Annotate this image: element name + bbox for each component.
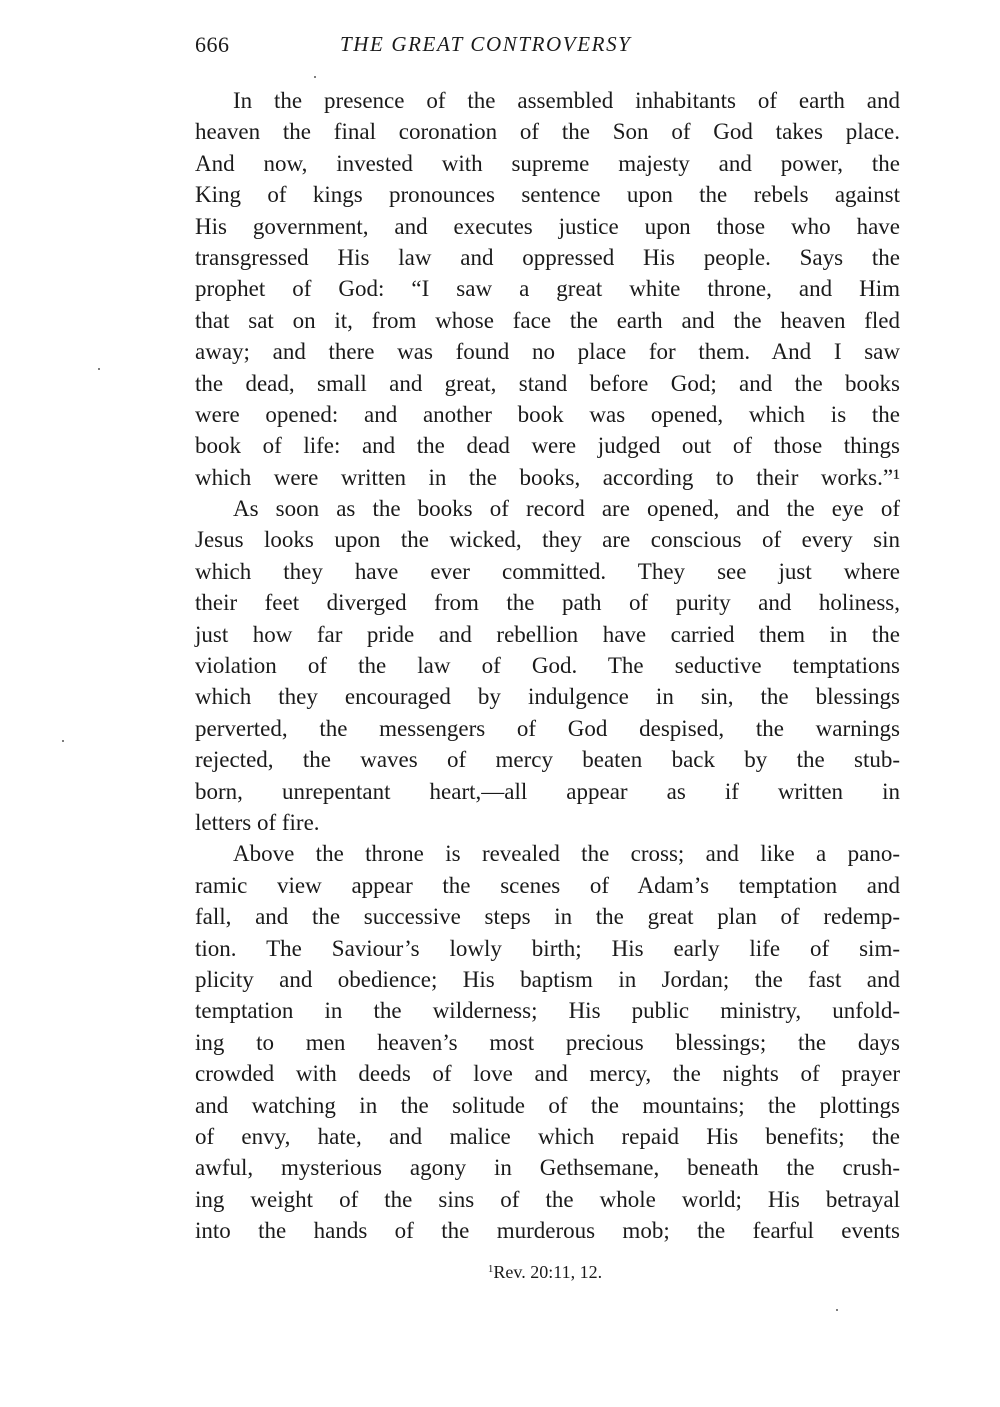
book-title: THE GREAT CONTROVERSY	[340, 32, 631, 57]
text-line: that sat on it, from whose face the eart…	[195, 305, 900, 336]
text-line: transgressed His law and oppressed His p…	[195, 242, 900, 273]
text-line: ing weight of the sins of the whole worl…	[195, 1184, 900, 1215]
text-line: King of kings pronounces sentence upon t…	[195, 179, 900, 210]
text-line: awful, mysterious agony in Gethsemane, b…	[195, 1152, 900, 1183]
text-line: the dead, small and great, stand before …	[195, 368, 900, 399]
text-line: just how far pride and rebellion have ca…	[195, 619, 900, 650]
text-line: In the presence of the assembled inhabit…	[195, 85, 900, 116]
body-text: In the presence of the assembled inhabit…	[195, 85, 900, 1246]
text-line: As soon as the books of record are opene…	[195, 493, 900, 524]
text-line: heaven the final coronation of the Son o…	[195, 116, 900, 147]
text-line: which were written in the books, accordi…	[195, 462, 900, 493]
text-line: violation of the law of God. The seducti…	[195, 650, 900, 681]
scan-speck	[62, 740, 64, 742]
text-line: their feet diverged from the path of pur…	[195, 587, 900, 618]
scan-speck	[98, 368, 100, 370]
text-line: ing to men heaven’s most precious blessi…	[195, 1027, 900, 1058]
text-line: and watching in the solitude of the moun…	[195, 1090, 900, 1121]
running-head: 666 THE GREAT CONTROVERSY	[195, 32, 900, 62]
text-line: which they have ever committed. They see…	[195, 556, 900, 587]
text-line: rejected, the waves of mercy beaten back…	[195, 744, 900, 775]
text-line: which they encouraged by indulgence in s…	[195, 681, 900, 712]
text-line: crowded with deeds of love and mercy, th…	[195, 1058, 900, 1089]
text-line: perverted, the messengers of God despise…	[195, 713, 900, 744]
text-line: born, unrepentant heart,—all appear as i…	[195, 776, 900, 807]
scan-speck	[836, 1309, 838, 1311]
scan-speck	[314, 76, 316, 78]
footnote: 1Rev. 20:11, 12.	[0, 1262, 1000, 1283]
text-line: were opened: and another book was opened…	[195, 399, 900, 430]
text-line: fall, and the successive steps in the gr…	[195, 901, 900, 932]
text-line: book of life: and the dead were judged o…	[195, 430, 900, 461]
text-line: prophet of God: “I saw a great white thr…	[195, 273, 900, 304]
book-page: 666 THE GREAT CONTROVERSY In the presenc…	[0, 0, 1000, 1407]
text-line: into the hands of the murderous mob; the…	[195, 1215, 900, 1246]
text-line: Jesus looks upon the wicked, they are co…	[195, 524, 900, 555]
text-line: His government, and executes justice upo…	[195, 211, 900, 242]
page-number: 666	[195, 32, 230, 58]
text-line: temptation in the wilderness; His public…	[195, 995, 900, 1026]
text-line: ramic view appear the scenes of Adam’s t…	[195, 870, 900, 901]
text-line: tion. The Saviour’s lowly birth; His ear…	[195, 933, 900, 964]
text-line: And now, invested with supreme majesty a…	[195, 148, 900, 179]
footnote-text: Rev. 20:11, 12.	[493, 1262, 602, 1282]
text-line: Above the throne is revealed the cross; …	[195, 838, 900, 869]
text-line: of envy, hate, and malice which repaid H…	[195, 1121, 900, 1152]
text-line: plicity and obedience; His baptism in Jo…	[195, 964, 900, 995]
text-line: letters of fire.	[195, 807, 900, 838]
text-line: away; and there was found no place for t…	[195, 336, 900, 367]
